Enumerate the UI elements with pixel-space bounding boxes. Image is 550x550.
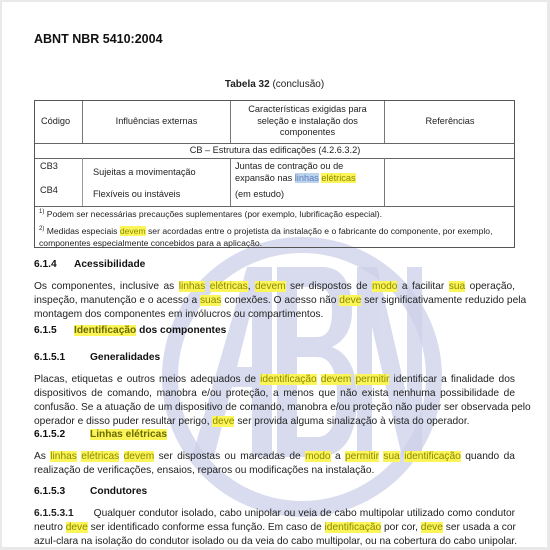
text: Placas, etiquetas e outros meios adequad… [34, 374, 260, 385]
text: montagem dos componentes em invólucros o… [34, 309, 323, 320]
highlight-yellow: sua [383, 451, 399, 462]
highlight-yellow: devem [120, 226, 146, 236]
text: conexões. O acesso não [221, 295, 339, 306]
highlight-yellow: identificação [325, 522, 382, 533]
paragraph-line: 6.1.5.3.1Qualquer condutor isolado, cabo… [34, 507, 515, 521]
paragraph-line: operador e disso puder resultar perigo, … [34, 415, 515, 429]
document-id: ABNT NBR 5410:2004 [34, 32, 163, 46]
text: operação, [465, 281, 515, 292]
section-number: 6.1.5.1 [34, 352, 90, 363]
text: expansão nas [235, 173, 295, 183]
paragraph-line: inspeção, manutenção e o acesso a suas c… [34, 294, 515, 308]
text: confusão. Se a atuação de um dispositivo… [34, 402, 531, 413]
header-caracteristicas: Características exigidas para seleção e … [231, 104, 384, 139]
header-influencias: Influências externas [83, 116, 230, 126]
highlight-yellow: permitir [345, 451, 379, 462]
section-6-1-4-heading: 6.1.4Acessibilidade [34, 259, 145, 270]
footnote-text: Podem ser necessárias precauções supleme… [44, 209, 382, 219]
text: realização de verificações, ensaios, rep… [34, 465, 374, 476]
paragraph-line: Placas, etiquetas e outros meios adequad… [34, 373, 515, 387]
requirements-table: Código Influências externas Característi… [34, 100, 515, 248]
text: operador e disso puder resultar perigo, [34, 416, 212, 427]
footnote-text: ser acordadas entre o projetista da inst… [146, 226, 493, 236]
section-6-1-4-body: Os componentes, inclusive as linhas elét… [34, 280, 515, 322]
header-caracteristicas-line1: Características exigidas para [231, 104, 384, 116]
text: identificar a finalidade dos [389, 374, 515, 385]
row-cb3-characteristics: Juntas de contração ou de expansão nas l… [235, 161, 356, 184]
text: a facilitar [397, 281, 448, 292]
header-caracteristicas-line3: componentes [231, 127, 384, 139]
section-6-1-5-2-body: As linhas elétricas devem ser dispostas … [34, 450, 515, 478]
row-cb3-characteristics-line1: Juntas de contração ou de [235, 161, 356, 173]
text: dispositivos de comando, manobra e/ou pr… [34, 388, 515, 399]
highlight-yellow: elétricas [81, 451, 119, 462]
document-page: ABNT NBR 5410:2004 Tabela 32 (conclusão)… [2, 2, 547, 547]
section-6-1-5-heading: 6.1.5Identificação dos componentes [34, 325, 226, 336]
text: Qualquer condutor isolado, cabo unipolar… [94, 508, 515, 519]
text: inspeção, manutenção e o acesso a [34, 295, 200, 306]
row-cb3-characteristics-line2: expansão nas linhas elétricas [235, 173, 356, 185]
paragraph-line: confusão. Se a atuação de um dispositivo… [34, 401, 515, 415]
text: ser usada a cor [443, 522, 516, 533]
highlight-yellow: deve [66, 522, 88, 533]
section-6-1-5-3-heading: 6.1.5.3Condutores [34, 486, 147, 497]
text: neutro [34, 522, 66, 533]
highlight-yellow: deve [339, 295, 361, 306]
table-caption: Tabela 32 (conclusão) [2, 79, 547, 90]
paragraph-line: As linhas elétricas devem ser dispostas … [34, 450, 515, 464]
paragraph-line: realização de verificações, ensaios, rep… [34, 464, 515, 478]
header-caracteristicas-line2: seleção e instalação dos [231, 116, 384, 128]
highlight-yellow: modo [372, 281, 397, 292]
text: azul-clara na isolação do condutor isola… [34, 536, 517, 547]
text: a [331, 451, 345, 462]
section-6-1-5-1-body: Placas, etiquetas e outros meios adequad… [34, 373, 515, 429]
section-number: 6.1.4 [34, 259, 74, 270]
section-title: Condutores [90, 486, 147, 497]
section-6-1-5-2-heading: 6.1.5.2Linhas elétricas [34, 429, 167, 440]
section-number: 6.1.5.2 [34, 429, 90, 440]
highlight-yellow: modo [305, 451, 330, 462]
highlight-yellow: devem [321, 374, 352, 385]
highlight-yellow: deve [421, 522, 443, 533]
paragraph-line: montagem dos componentes em invólucros o… [34, 308, 515, 322]
text: Os componentes, inclusive as [34, 281, 179, 292]
paragraph-line: azul-clara na isolação do condutor isola… [34, 535, 515, 547]
row-cb4-code: CB4 [40, 185, 58, 195]
header-referencias: Referências [385, 116, 515, 126]
highlight-yellow: identificação [260, 374, 317, 385]
section-title: Generalidades [90, 352, 160, 363]
highlight-yellow: devem [124, 451, 155, 462]
table-caption-number: Tabela 32 [225, 79, 270, 90]
footnote-1: 1) Podem ser necessárias precauções supl… [39, 209, 382, 219]
highlight-yellow: devem [255, 281, 286, 292]
row-cb3-influence: Sujeitas a movimentação [93, 167, 196, 177]
highlight-yellow: identificação [404, 451, 461, 462]
row-cb4-influence: Flexíveis ou instáveis [93, 189, 180, 199]
paragraph-line: Os componentes, inclusive as linhas elét… [34, 280, 515, 294]
highlight-yellow: elétricas [321, 173, 355, 183]
section-6-1-5-3-1-body: 6.1.5.3.1Qualquer condutor isolado, cabo… [34, 507, 515, 547]
highlight-yellow: deve [212, 416, 234, 427]
text: As [34, 451, 50, 462]
section-title: Acessibilidade [74, 259, 145, 270]
text: ser dispostas ou marcadas de [154, 451, 305, 462]
text [119, 451, 123, 462]
text: ser dispostos de [286, 281, 372, 292]
row-cb3-code: CB3 [40, 161, 58, 171]
paragraph-line: neutro deve ser identificado conforme es… [34, 521, 515, 535]
highlight-yellow: elétricas [210, 281, 248, 292]
text: quando da [461, 451, 515, 462]
highlight-yellow: permitir [355, 374, 389, 385]
text: por cor, [381, 522, 421, 533]
row-cb4-characteristics: (em estudo) [235, 189, 284, 199]
footnote-2: 2) Medidas especiais devem ser acordadas… [39, 223, 492, 249]
highlight-yellow: linhas [50, 451, 77, 462]
table-caption-suffix: (conclusão) [270, 79, 324, 90]
text: ser significativamente reduzido pela [361, 295, 526, 306]
header-codigo: Código [41, 116, 70, 126]
highlight-yellow: sua [449, 281, 465, 292]
section-number: 6.1.5.3 [34, 486, 90, 497]
text: ser identificado conforme essa função. E… [88, 522, 325, 533]
group-row-cb: CB – Estrutura das edificações (4.2.6.3.… [35, 145, 515, 155]
highlight-blue: linhas [295, 173, 319, 183]
footnote-text: Medidas especiais [44, 226, 119, 236]
highlight-yellow: linhas [179, 281, 206, 292]
section-number: 6.1.5.3.1 [34, 508, 74, 519]
section-number: 6.1.5 [34, 325, 74, 336]
section-title: dos componentes [136, 325, 226, 336]
highlight-yellow: suas [200, 295, 222, 306]
highlight-yellow: Linhas elétricas [90, 429, 167, 440]
highlight-yellow: Identificação [74, 325, 136, 336]
footnote-text-line2: componentes especialmente concebidos par… [39, 237, 492, 249]
section-6-1-5-1-heading: 6.1.5.1Generalidades [34, 352, 160, 363]
text: ser provida alguma sinalização à vista d… [234, 416, 469, 427]
text: , [248, 281, 255, 292]
paragraph-line: dispositivos de comando, manobra e/ou pr… [34, 387, 515, 401]
